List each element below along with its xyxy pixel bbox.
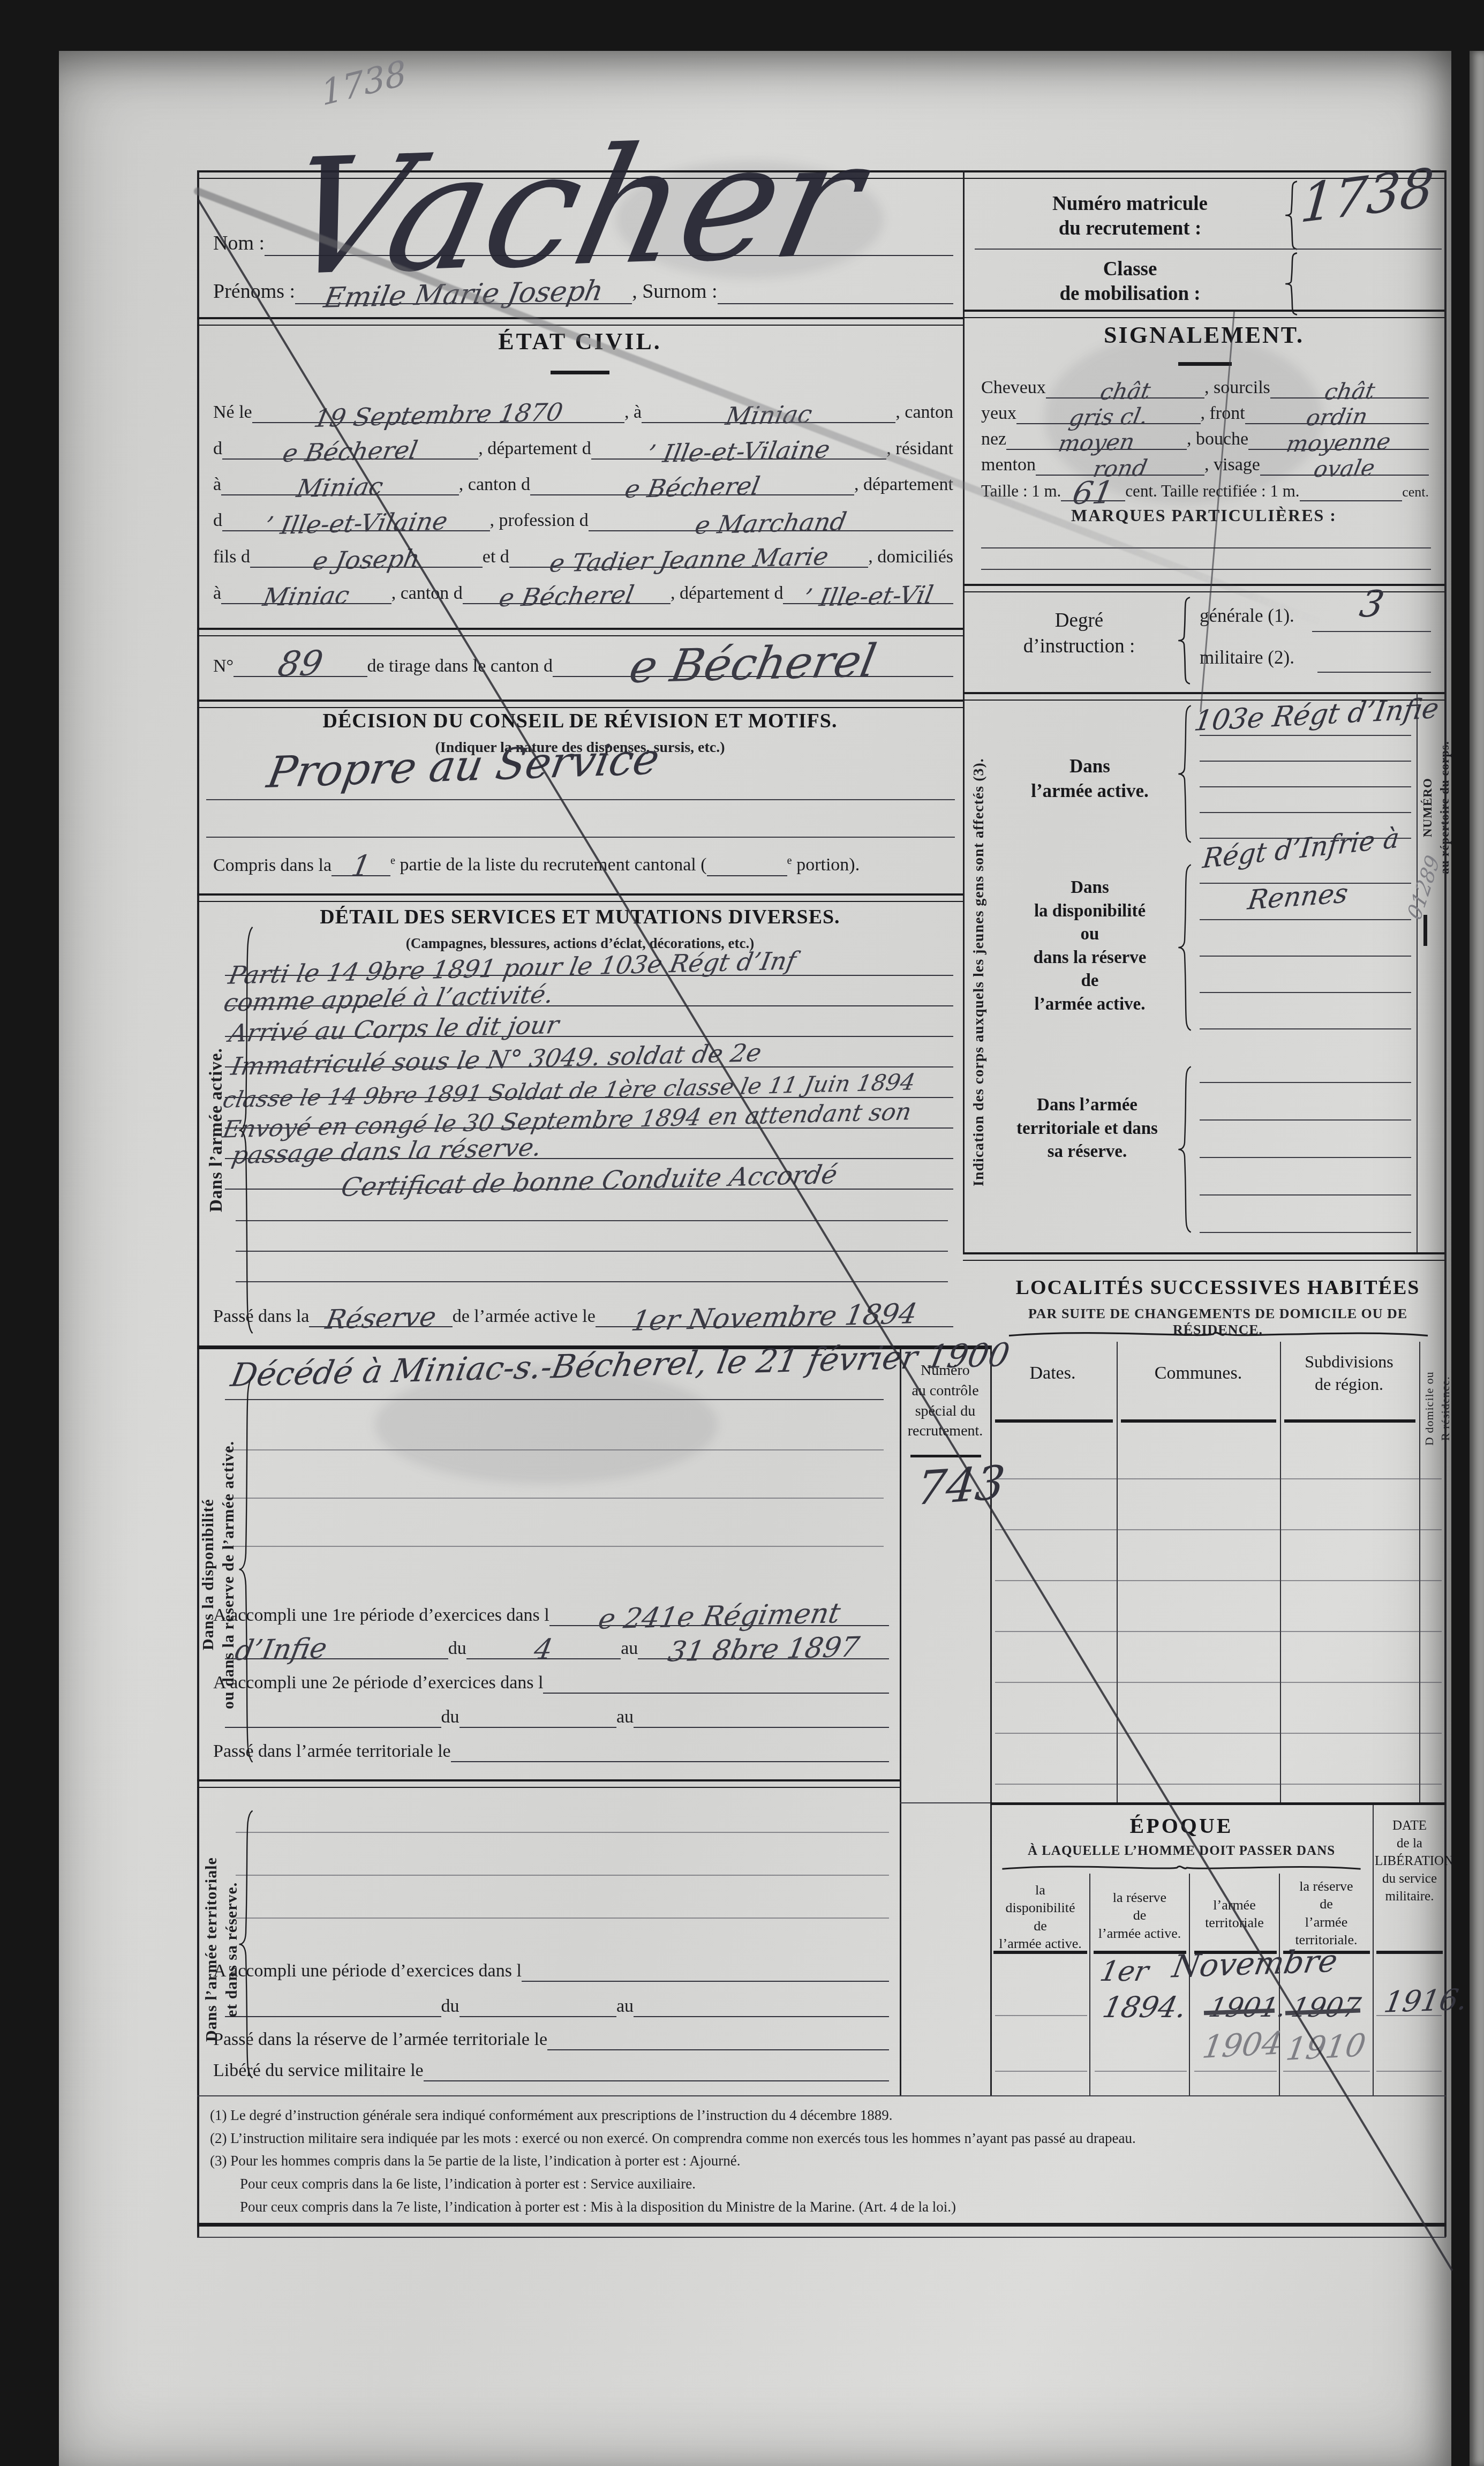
epoque-value-1901-struck: 1901. (1207, 1996, 1289, 2020)
periode1-label: A accompli une 1re période d’exercices d… (213, 1605, 549, 1626)
table-row-rule (995, 1733, 1442, 1734)
terr-periode-writeline (522, 1948, 889, 1982)
controle-bar (910, 1455, 981, 1457)
table-row-rule (995, 1682, 1442, 1683)
compris-mid: e partie de la liste du recrutement cant… (390, 855, 707, 876)
service-writeline: Immatriculé sous le N° 3049. soldat de 2… (225, 1035, 953, 1067)
localites-title: LOCALITÉS SUCCESSIVES HABITÉES (991, 1276, 1445, 1299)
table-row-rule (995, 1580, 1442, 1581)
service-writeline: comme appelé à l’activité. (225, 974, 953, 1006)
a-label: à (213, 583, 221, 604)
service-writeline: classe le 14 9bre 1891 Soldat de 1ère cl… (225, 1066, 953, 1098)
terr-au-writeline (634, 1984, 889, 2017)
rule (1200, 786, 1411, 787)
epoque-value-mois: Novembre (1170, 1946, 1339, 1980)
epoque-subtitle: À LAQUELLE L’HOMME DOIT PASSER DANS (990, 1844, 1373, 1859)
brace (1177, 596, 1191, 686)
rule (1095, 2071, 1187, 2072)
cent-suffix: cent. (1402, 485, 1429, 501)
controle-label: Numéro au contrôle spécial du recrutemen… (903, 1360, 988, 1441)
header-bar (993, 1951, 1087, 1954)
passe-reserve-prefix: Passé dans la (213, 1306, 309, 1327)
compris-prefix: Compris dans la (213, 855, 332, 876)
periode2-writeline (543, 1660, 889, 1694)
rule (1317, 672, 1431, 673)
periode1-corps-writeline: d’Infie (225, 1626, 448, 1659)
degre-militaire-label: militaire (2). (1200, 647, 1294, 668)
birth-dept-writeline: ’ Ille-et-Vilaine (591, 426, 887, 460)
residence-canton-value: e Bécherel (623, 475, 761, 500)
rule (1283, 2071, 1370, 2072)
rule (981, 569, 1431, 570)
epoque-value-1916: 1916. (1382, 1987, 1470, 2016)
rule (1200, 1157, 1411, 1158)
passe-reserve-terr-writeline (547, 2017, 889, 2050)
rule (1376, 2015, 1442, 2016)
au-label: au (616, 1996, 634, 2017)
sup-e: e (390, 855, 395, 867)
col-communes: Communes. (1122, 1363, 1275, 1384)
compris-suffix: e portion). (787, 855, 860, 876)
compris-number-writeline: 1 (332, 841, 390, 876)
compris-mid-text: partie de la liste du recrutement canton… (395, 855, 707, 875)
margin-label-disponibilite: Dans la disponibilité ou dans la réserve… (198, 1403, 238, 1746)
footnote-2: (2) L’instruction militaire sera indiqué… (210, 2127, 1436, 2150)
terr-corps-writeline (225, 1984, 441, 2017)
rule (236, 1251, 948, 1252)
col-subdivisions: Subdivisions de région. (1284, 1351, 1414, 1395)
ne-le-label: Né le (213, 402, 252, 423)
footnote-4: Pour ceux compris dans la 6e liste, l’in… (210, 2172, 1436, 2196)
rule (206, 799, 955, 800)
au-label: au (616, 1707, 634, 1728)
classe-mobilisation-label: Classe de mobilisation : (985, 257, 1275, 307)
col-dates: Dates. (995, 1363, 1110, 1384)
section-divider (963, 310, 1445, 318)
corps-territoriale-label: Dans l’armée territoriale et dans sa rés… (1007, 1094, 1167, 1164)
tirage-canton: e Bécherel (627, 641, 879, 687)
corps-active-label: Dans l’armée active. (1018, 754, 1162, 803)
residence-writeline: Miniac (221, 462, 459, 495)
decorative-swash (1007, 1327, 1430, 1341)
epoque-col-territoriale: l’armée territoriale (1192, 1896, 1277, 1932)
au-label: au (621, 1638, 638, 1659)
profession-writeline: e Marchand (589, 498, 953, 531)
footnote-top-rule (197, 2095, 1446, 2096)
section-divider (197, 1779, 900, 1788)
lower-column-divider (900, 1345, 901, 2095)
periode1-au-writeline: 31 8bre 1897 (638, 1626, 889, 1659)
rule (1200, 992, 1411, 993)
tirage-text: de tirage dans le canton d (367, 656, 553, 677)
mother-value: e Tadier Jeanne Marie (547, 545, 830, 575)
decision-title: DÉCISION DU CONSEIL DE RÉVISION ET MOTIF… (197, 709, 963, 733)
rule (1200, 1119, 1411, 1121)
periode2-du-writeline (459, 1695, 616, 1728)
margin-label-armee-active: Dans l’armée active. (207, 964, 227, 1296)
et-label: et d (483, 547, 509, 568)
section-divider (197, 700, 963, 708)
d-label: d (213, 510, 222, 531)
rule (1200, 761, 1411, 762)
epoque-value-1er: 1er (1098, 1959, 1151, 1984)
name-signature-flourish: Vacher (274, 127, 872, 291)
rule (225, 1449, 884, 1450)
periode1-writeline: e 241e Régiment (549, 1592, 889, 1626)
taille-value: 61 (1071, 478, 1116, 507)
epoque-top-border (990, 1802, 1445, 1805)
brace (1177, 1063, 1192, 1236)
degre-label: Degré d’instruction : (991, 608, 1167, 659)
rule (225, 1546, 884, 1547)
father-writeline: e Joseph (250, 535, 483, 568)
rule (975, 249, 1442, 250)
form-bottom-border (197, 2223, 1446, 2227)
d-label: d (213, 439, 222, 460)
epoque-col-date: DATE de la LIBÉRATION du service militai… (1375, 1817, 1444, 1905)
domicile-value: Miniac (261, 584, 351, 609)
rule (1200, 1194, 1411, 1196)
rule (236, 1281, 948, 1282)
rule (206, 837, 955, 838)
epoque-value-1910-pencil: 1910 (1284, 2031, 1368, 2063)
form-left-border (197, 170, 199, 2237)
corps-dispo-value-2: Rennes (1246, 881, 1350, 913)
margin-label-territoriale: Dans l’armée territoriale et dans sa rés… (201, 1832, 242, 2067)
profession-value: e Marchand (694, 510, 848, 537)
table-row-rule (995, 1784, 1442, 1785)
brace (1284, 252, 1298, 316)
brace (238, 919, 254, 1342)
header-bar (995, 1419, 1113, 1423)
section-divider (197, 317, 963, 326)
rule (225, 1498, 884, 1499)
brace (1177, 861, 1192, 1034)
matricule-value: 1738 (1299, 164, 1435, 228)
controle-number: 743 (915, 1462, 1007, 1510)
corps-dispo-label: Dans la disponibilité ou dans la réserve… (1012, 876, 1167, 1016)
service-writeline: Arrivé au Corps le dit jour (225, 1005, 953, 1037)
signalement-title: SIGNALEMENT. (963, 321, 1445, 349)
compris-number: 1 (349, 853, 373, 879)
rule (236, 1220, 948, 1221)
brace (238, 1369, 254, 1770)
passe-corps-writeline: Réserve (309, 1292, 452, 1327)
table-row-rule (995, 1631, 1442, 1632)
services-title: DÉTAIL DES SERVICES ET MUTATIONS DIVERSE… (197, 905, 963, 929)
brace (1284, 180, 1298, 251)
epoque-divider (1373, 1805, 1374, 2095)
epoque-divider (1189, 1874, 1190, 2095)
passe-reserve-mid: de l’armée active le (453, 1306, 596, 1327)
compris-suffix-text: portion). (792, 855, 860, 875)
brace (1177, 703, 1192, 845)
passe-reserve-terr-label: Passé dans la réserve de l’armée territo… (213, 2029, 547, 2050)
du-label: du (441, 1996, 459, 2017)
domicile-canton-writeline: e Bécherel (463, 571, 671, 604)
service-writeline: passage dans la réserve. (225, 1127, 953, 1159)
rule (1376, 2071, 1442, 2072)
terr-du-writeline (459, 1984, 616, 2017)
birthdate-value: 19 Septembre 1870 (312, 401, 564, 430)
taille-rect-writeline (1300, 468, 1403, 501)
indication-corps-label: Indication des corps auxquels les jeunes… (970, 702, 988, 1243)
domicile-dept-writeline: ’ Ille-et-Vil (783, 571, 953, 604)
col-domicile-residence: D domicile ou R résidence. (1421, 1347, 1453, 1470)
passe-date-writeline: 1er Novembre 1894 (596, 1292, 953, 1327)
fils-label: fils d (213, 547, 250, 568)
rule (236, 1875, 889, 1876)
section-divider (963, 1252, 1445, 1261)
rule (1200, 1082, 1411, 1083)
departement-label: , département d (671, 583, 784, 604)
canton-label: , canton d (391, 583, 463, 604)
passe-corps-value: Réserve (323, 1305, 438, 1332)
header-bar (1376, 1951, 1443, 1954)
matricule-label: Numéro matricule du recrutement : (985, 192, 1275, 242)
epoque-divider (1089, 1874, 1090, 2095)
section-divider (197, 893, 963, 902)
repertoire-column-divider (1417, 692, 1418, 1252)
residence-canton-writeline: e Bécherel (530, 462, 854, 495)
table-row-rule (995, 1529, 1442, 1530)
rule (1200, 1028, 1411, 1029)
libere-writeline (424, 2048, 889, 2081)
rule (1312, 631, 1431, 632)
birth-dept-value: ’ Ille-et-Vilaine (646, 438, 832, 465)
domicile-writeline: Miniac (221, 571, 391, 604)
tirage-no-label: N° (213, 656, 233, 677)
taille-rectifiee-label: cent. Taille rectifiée : 1 m. (1125, 482, 1299, 501)
residence-dept-writeline: ’ Ille-et-Vilaine (222, 498, 490, 531)
epoque-col-dispo: la disponibilité de l’armée active. (993, 1881, 1087, 1952)
passe-territoriale-writeline (451, 1729, 889, 1762)
epoque-col-reserve-terr: la réserve de l’armée territoriale. (1282, 1877, 1370, 1949)
father-value: e Joseph (311, 547, 422, 573)
form-bottom-border-2 (197, 2237, 1446, 2238)
a-label: à (213, 475, 221, 495)
canton-label: , canton d (459, 475, 530, 495)
service-writeline: Certificat de bonne Conduite Accordé (225, 1157, 953, 1190)
footnote-3: (3) Pour les hommes compris dans la 5e p… (210, 2149, 1436, 2172)
rule (236, 1832, 889, 1833)
header-bar (1094, 1951, 1186, 1954)
departement-label: , département d (478, 439, 591, 460)
epoque-value-1904-pencil: 1904 (1201, 2029, 1284, 2061)
rule (995, 2071, 1087, 2072)
header-bar (1284, 1419, 1415, 1423)
canton-suffix: , canton (895, 402, 953, 423)
epoque-col-reserve: la réserve de l’armée active. (1093, 1889, 1187, 1942)
mother-writeline: e Tadier Jeanne Marie (509, 535, 869, 568)
form-right-border (1444, 170, 1447, 2237)
service-writeline: Envoyé en congé le 30 Septembre 1894 en … (225, 1096, 953, 1129)
du-label: du (448, 1638, 466, 1659)
epoque-value-1894: 1894. (1101, 1995, 1189, 2021)
domicile-dept-value: ’ Ille-et-Vil (802, 583, 935, 609)
footnote-1: (1) Le degré d’instruction générale sera… (210, 2104, 1436, 2127)
header-bar (1121, 1419, 1276, 1423)
footnote-5: Pour ceux compris dans la 7e liste, l’in… (210, 2196, 1436, 2219)
rule (981, 547, 1431, 548)
table-row-rule (995, 1478, 1442, 1479)
domicile-canton-value: e Bécherel (498, 583, 636, 609)
domicilies-label: , domiciliés (868, 547, 953, 568)
rule (225, 1399, 884, 1400)
decorative-swash (1000, 1862, 1362, 1874)
title-dash (551, 371, 609, 374)
sup-e: e (787, 855, 792, 867)
periode1-du: 4 (532, 1637, 555, 1663)
taille-writeline: 61 (1061, 468, 1125, 501)
profession-label: , profession d (490, 510, 589, 531)
rule (1200, 956, 1411, 957)
rule (236, 1918, 889, 1919)
tirage-number-writeline: 89 (233, 637, 367, 677)
du-label: du (441, 1707, 459, 1728)
birthdate-writeline: 19 Septembre 1870 (252, 390, 624, 423)
periode2-label: A accompli une 2e période d’exercices da… (213, 1673, 543, 1694)
rule (1200, 812, 1411, 813)
compris-portion-writeline (707, 841, 787, 876)
terr-periode-label: A accompli une période d’exercices dans … (213, 1961, 522, 1982)
a-label: , à (624, 402, 642, 423)
rule (1194, 2071, 1277, 2072)
birth-canton-writeline: e Bécherel (222, 426, 478, 460)
periode2-corps-writeline (225, 1695, 441, 1728)
periode2-au-writeline (634, 1695, 889, 1728)
epoque-value-1907-struck: 1907 (1289, 1996, 1362, 2020)
tirage-number: 89 (276, 649, 326, 681)
rule (1200, 1232, 1411, 1233)
tirage-canton-writeline: e Bécherel (553, 637, 953, 677)
rule (1200, 919, 1411, 920)
scanned-register-sheet: 1738 Vacher Nom : Prénoms : Emile Marie … (0, 0, 1484, 2466)
rule (995, 2015, 1087, 2016)
next-page-edge (1470, 51, 1484, 2466)
service-writeline: Parti le 14 9bre 1891 pour le 103e Régt … (225, 944, 953, 976)
residence-dept-value: ’ Ille-et-Vilaine (263, 510, 449, 537)
periode1-du-writeline: 4 (466, 1626, 621, 1659)
decision-mention: Propre au Service (265, 740, 662, 792)
